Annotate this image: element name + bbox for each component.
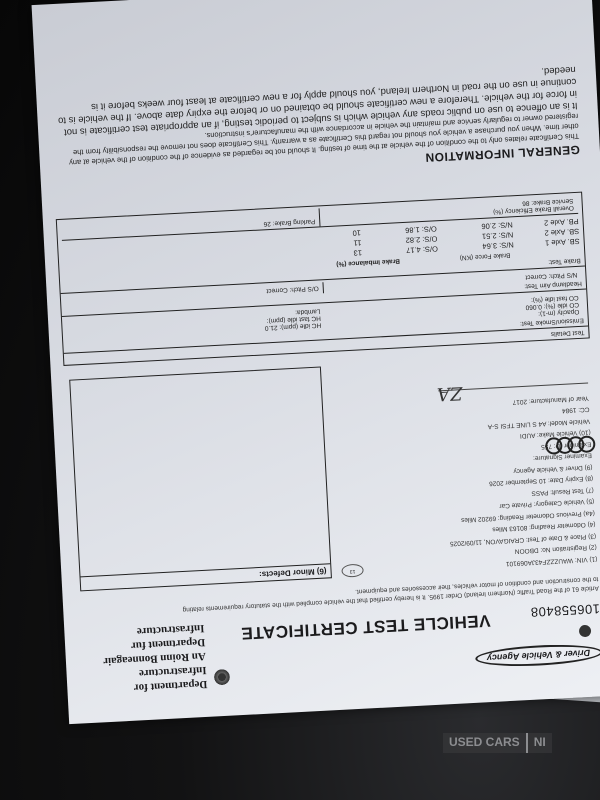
watermark-used-cars: USED CARS bbox=[443, 733, 526, 753]
watermark-ni: NI bbox=[526, 733, 552, 753]
minor-defects-header: (6) Minor Defects: bbox=[81, 563, 331, 590]
dva-logo-dot-icon bbox=[579, 625, 592, 638]
vehicle-fields: (1) VIN: WAUZZZF43JA069101(2) Registrati… bbox=[359, 392, 598, 576]
department-emblem-icon bbox=[213, 668, 232, 687]
circled-number: 13 bbox=[341, 564, 364, 578]
audi-logo-icon bbox=[551, 430, 596, 454]
certificate-header: Driver & Vehicle Agency 106558408 VEHICL… bbox=[84, 606, 600, 703]
examiner-signature: ZA bbox=[436, 382, 463, 404]
department-logo: Department for Infrastructure An Roinn B… bbox=[84, 621, 207, 697]
brake-cell: 13 bbox=[302, 248, 362, 260]
certificate-sheet: Driver & Vehicle Agency 106558408 VEHICL… bbox=[32, 0, 600, 724]
used-cars-ni-watermark: USED CARS NI bbox=[443, 733, 552, 753]
serial-number: 106558408 bbox=[530, 601, 600, 620]
certificate-title: VEHICLE TEST CERTIFICATE bbox=[240, 610, 490, 643]
minor-defects-box: (6) Minor Defects: bbox=[69, 367, 332, 592]
brake-force-label: Brake Force (KN) bbox=[460, 251, 511, 261]
test-details-table: Test Details Emission/Smoke Test: Opacit… bbox=[56, 192, 590, 366]
dva-logo: Driver & Vehicle Agency bbox=[474, 642, 600, 669]
brake-cell: SB. Axle 1 bbox=[519, 237, 579, 249]
vehicle-test-certificate-photo: Driver & Vehicle Agency 106558408 VEHICL… bbox=[32, 0, 600, 724]
